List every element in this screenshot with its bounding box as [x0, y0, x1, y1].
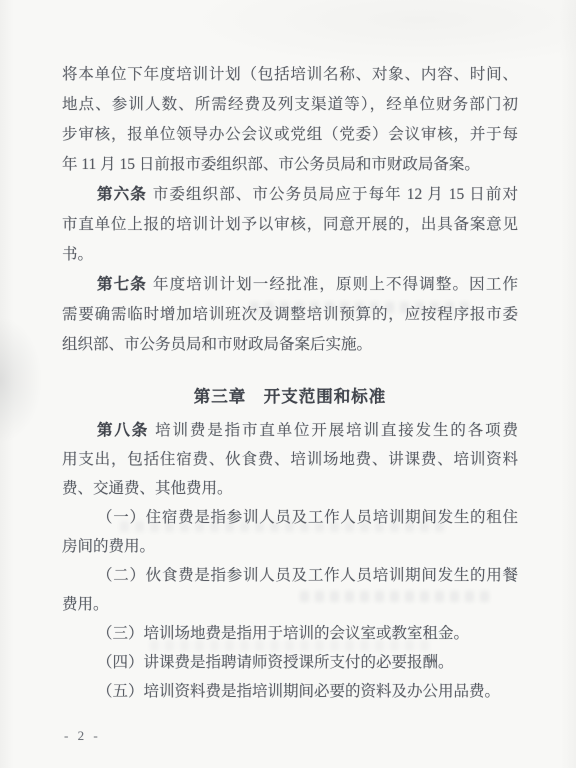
- text-line: 费用。: [62, 590, 518, 619]
- text-line: 年 11 月 15 日前报市委组织部、市公务员局和市财政局备案。: [62, 150, 518, 180]
- text-line: 费、交通费、其他费用。: [62, 474, 518, 503]
- text-line: （一）住宿费是指参训人员及工作人员培训期间发生的租住: [62, 503, 518, 532]
- text-line: 第七条年度培训计划一经批准，原则上不得调整。因工作: [62, 270, 518, 300]
- text-line: 将本单位下年度培训计划（包括培训名称、对象、内容、时间、: [62, 60, 518, 90]
- text-line: 第六条市委组织部、市公务员局应于每年 12 月 15 日前对: [62, 180, 518, 210]
- text-line: （三）培训场地费是指用于培训的会议室或教室租金。: [62, 619, 518, 648]
- text-line: （五）培训资料费是指培训期间必要的资料及办公用品费。: [62, 677, 518, 706]
- text-line: 步审核，报单位领导办公会议或党组（党委）会议审核，并于每: [62, 120, 518, 150]
- chapter-heading: 第三章 开支范围和标准: [62, 382, 518, 412]
- section-after-heading: 第八条培训费是指市直单位开展培训直接发生的各项费 用支出，包括住宿费、伙食费、培…: [62, 416, 518, 706]
- text-line: 需要确需临时增加培训班次及调整培训预算的，应按程序报市委: [62, 300, 518, 330]
- text-line: 市直单位上报的培训计划予以审核，同意开展的，出具备案意见: [62, 210, 518, 240]
- text-line: 用支出，包括住宿费、伙食费、培训场地费、讲课费、培训资料: [62, 445, 518, 474]
- text-line: 地点、参训人数、所需经费及列支渠道等），经单位财务部门初: [62, 90, 518, 120]
- text-line: 书。: [62, 240, 518, 270]
- line-text: 市委组织部、市公务员局应于每年 12 月 15 日前对: [153, 186, 518, 203]
- text-line: 第八条培训费是指市直单位开展培训直接发生的各项费: [62, 416, 518, 445]
- clause-label: 第八条: [97, 422, 149, 439]
- line-text: 培训费是指市直单位开展培训直接发生的各项费: [155, 422, 518, 439]
- text-line: （四）讲课费是指聘请师资授课所支付的必要报酬。: [62, 648, 518, 677]
- text-line: 组织部、市公务员局和市财政局备案后实施。: [62, 330, 518, 360]
- clause-label: 第六条: [97, 186, 147, 203]
- clause-label: 第七条: [97, 276, 147, 293]
- document-body: 将本单位下年度培训计划（包括培训名称、对象、内容、时间、 地点、参训人数、所需经…: [62, 60, 518, 706]
- line-text: 年度培训计划一经批准，原则上不得调整。因工作: [153, 276, 518, 293]
- page-number-label: - 2 -: [64, 728, 101, 744]
- text-line: 房间的费用。: [62, 532, 518, 561]
- scanned-document-page: 将本单位下年度培训计划（包括培训名称、对象、内容、时间、 地点、参训人数、所需经…: [0, 0, 576, 768]
- text-line: （二）伙食费是指参训人员及工作人员培训期间发生的用餐: [62, 561, 518, 590]
- section-before-heading: 将本单位下年度培训计划（包括培训名称、对象、内容、时间、 地点、参训人数、所需经…: [62, 60, 518, 360]
